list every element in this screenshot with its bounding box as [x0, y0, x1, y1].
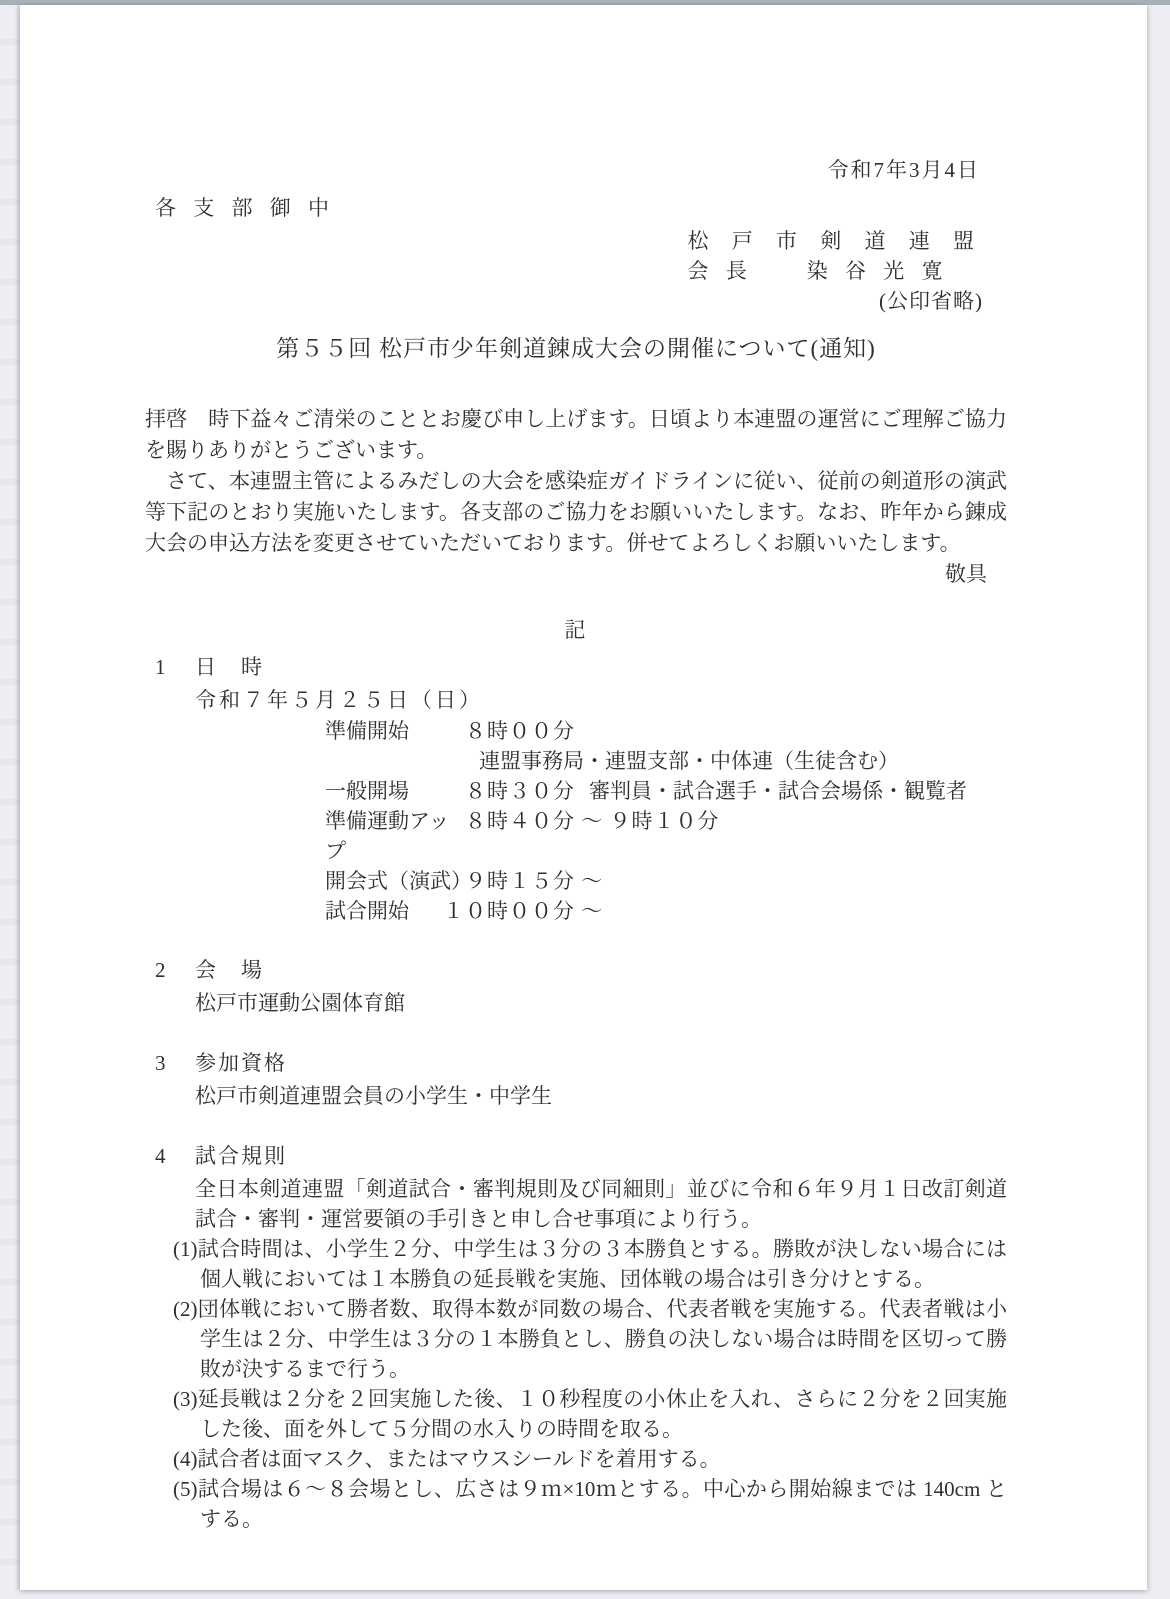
schedule-label: 一般開場	[325, 776, 465, 806]
schedule-time: ８時００分	[465, 719, 575, 743]
rule-marker: (4)	[173, 1447, 198, 1471]
sender-title-name: 会 長 染 谷 光 寛	[688, 256, 984, 286]
section-number: 3	[155, 1048, 195, 1079]
letter-page: 令和7年3月4日 各 支 部 御 中 松 戸 市 剣 道 連 盟 会 長 染 谷…	[20, 5, 1147, 1590]
schedule-row: 準備運動アップ ８時４０分 ～ ９時１０分	[325, 806, 1007, 866]
schedule-time: ８時４０分 ～ ９時１０分	[465, 809, 720, 833]
rule-text: 試合場は６～８会場とし、広さは９ｍ×10ｍとする。中心から開始線までは 140c…	[198, 1477, 1008, 1531]
schedule-note: 連盟事務局・連盟支部・中体連（生徒含む）	[479, 749, 899, 773]
section-number: 1	[155, 652, 195, 683]
rule-marker: (3)	[173, 1387, 198, 1411]
greeting-paragraph: 拝啓 時下益々ご清栄のこととお慶び申し上げます。日頃より本連盟の運営にご理解ご協…	[145, 404, 1007, 466]
rules-intro: 全日本剣道連盟「剣道試合・審判規則及び同細則」並びに令和６年９月１日改訂剣道試合…	[195, 1174, 1007, 1234]
rule-text: 試合時間は、小学生２分、中学生は３分の３本勝負とする。勝敗が決しない場合には個人…	[198, 1237, 1008, 1291]
schedule-table: 準備開始 ８時００分連盟事務局・連盟支部・中体連（生徒含む） 一般開場 ８時３０…	[325, 716, 1007, 926]
section-venue-heading: 2会 場	[155, 955, 1007, 986]
section-heading-text: 参加資格	[195, 1051, 287, 1075]
schedule-time: １０時００分 ～	[443, 899, 603, 923]
section-eligibility-heading: 3参加資格	[155, 1048, 1007, 1079]
sender-block: 松 戸 市 剣 道 連 盟 会 長 染 谷 光 寛 (公印省略)	[145, 226, 1007, 316]
schedule-time: ９時１５分 ～	[465, 869, 603, 893]
recipient-line: 各 支 部 御 中	[155, 193, 1007, 224]
closing-word: 敬具	[145, 559, 1007, 590]
scan-left-margin	[0, 5, 20, 1599]
section-datetime: 1日 時 令和７年５月２５日（日） 準備開始 ８時００分連盟事務局・連盟支部・中…	[145, 652, 1007, 926]
rule-item-2: (2)団体戦において勝者数、取得本数が同数の場合、代表者戦を実施する。代表者戦は…	[173, 1294, 1007, 1384]
rule-marker: (2)	[173, 1297, 198, 1321]
schedule-row: 一般開場 ８時３０分審判員・試合選手・試合会場係・観覧者	[325, 776, 1007, 806]
section-rules: 4試合規則 全日本剣道連盟「剣道試合・審判規則及び同細則」並びに令和６年９月１日…	[145, 1141, 1007, 1534]
main-paragraph: さて、本連盟主管によるみだしの大会を感染症ガイドラインに従い、従前の剣道形の演武…	[145, 466, 1007, 559]
section-heading-text: 試合規則	[195, 1144, 287, 1168]
section-number: 4	[155, 1141, 195, 1172]
section-heading-text: 日 時	[195, 655, 264, 679]
rule-item-1: (1)試合時間は、小学生２分、中学生は３分の３本勝負とする。勝敗が決しない場合に…	[173, 1234, 1007, 1294]
letter-body: 拝啓 時下益々ご清栄のこととお慶び申し上げます。日頃より本連盟の運営にご理解ご協…	[145, 404, 1007, 590]
schedule-note: 審判員・試合選手・試合会場係・観覧者	[589, 779, 967, 803]
section-heading-text: 会 場	[195, 958, 264, 982]
schedule-row: 試合開始 １０時００分 ～	[325, 896, 1007, 926]
schedule-row: 準備開始 ８時００分連盟事務局・連盟支部・中体連（生徒含む）	[325, 716, 1007, 776]
rule-item-4: (4)試合者は面マスク、またはマウスシールドを着用する。	[173, 1444, 1007, 1474]
document-title: 第５５回 松戸市少年剣道錬成大会の開催について(通知)	[145, 333, 1007, 364]
rule-text: 延長戦は２分を２回実施した後、１０秒程度の小休止を入れ、さらに２分を２回実施した…	[198, 1387, 1008, 1441]
venue-name: 松戸市運動公園体育館	[195, 988, 1007, 1019]
section-venue: 2会 場 松戸市運動公園体育館	[145, 955, 1007, 1019]
section-datetime-heading: 1日 時	[155, 652, 1007, 683]
schedule-label: 開会式（演武）	[325, 866, 465, 896]
rule-marker: (1)	[173, 1237, 198, 1261]
issue-date: 令和7年3月4日	[145, 155, 1007, 186]
section-number: 2	[155, 955, 195, 986]
rule-text: 団体戦において勝者数、取得本数が同数の場合、代表者戦を実施する。代表者戦は小学生…	[198, 1297, 1008, 1381]
section-eligibility: 3参加資格 松戸市剣道連盟会員の小学生・中学生	[145, 1048, 1007, 1112]
rule-item-3: (3)延長戦は２分を２回実施した後、１０秒程度の小休止を入れ、さらに２分を２回実…	[173, 1384, 1007, 1444]
schedule-row: 開会式（演武） ９時１５分 ～	[325, 866, 1007, 896]
schedule-label: 準備開始	[325, 716, 465, 776]
schedule-label: 準備運動アップ	[325, 806, 465, 866]
rule-marker: (5)	[173, 1477, 198, 1501]
eligibility-text: 松戸市剣道連盟会員の小学生・中学生	[195, 1081, 1007, 1112]
sender-organization: 松 戸 市 剣 道 連 盟	[688, 226, 984, 256]
section-rules-heading: 4試合規則	[155, 1141, 1007, 1172]
schedule-time: ８時３０分	[465, 779, 575, 803]
scanned-document-canvas: 令和7年3月4日 各 支 部 御 中 松 戸 市 剣 道 連 盟 会 長 染 谷…	[0, 0, 1170, 1599]
rule-text: 試合者は面マスク、またはマウスシールドを着用する。	[198, 1447, 721, 1471]
seal-omitted-note: (公印省略)	[688, 286, 984, 316]
event-date: 令和７年５月２５日（日）	[195, 685, 1007, 716]
record-marker: 記	[145, 615, 1007, 646]
rule-item-5: (5)試合場は６～８会場とし、広さは９ｍ×10ｍとする。中心から開始線までは 1…	[173, 1474, 1007, 1534]
